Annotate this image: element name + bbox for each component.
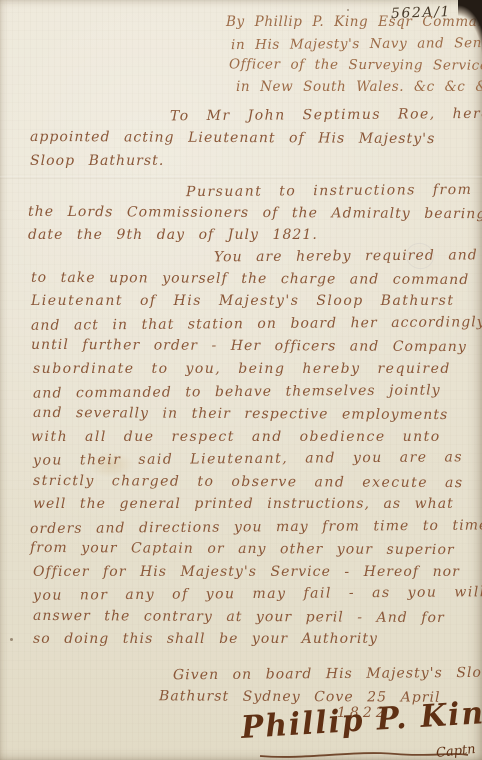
heading-line: in His Majesty's Navy and Senior [231, 35, 482, 53]
body-line: until further order - Her officers and C… [31, 337, 467, 355]
preamble-line: the Lords Commissioners of the Admiralty… [28, 204, 482, 222]
page-corner-shadow [458, 0, 482, 62]
body-line: You are hereby required and directed [214, 247, 482, 266]
body-line: Officer for His Majesty's Service - Here… [33, 564, 460, 580]
preamble-line: Pursuant to instructions from [186, 182, 473, 200]
paper-speck [10, 638, 13, 641]
dateline-line: Given on board His Majesty's Sloop [173, 665, 482, 684]
body-line: with all due respect and obedience unto [31, 429, 441, 445]
heading-line: Officer of the Surveying Service [229, 56, 482, 73]
body-line: answer the contrary at your peril - And … [33, 608, 445, 626]
body-line: orders and directions you may from time … [30, 517, 482, 537]
salutation-line: Sloop Bathurst. [30, 153, 164, 169]
fold-line [0, 176, 482, 179]
body-line: you nor any of you may fail - as you wil… [33, 584, 482, 604]
manuscript-page: 562A/1 By Phillip P. King Esqr Commander… [0, 0, 482, 760]
paper-speck [347, 9, 349, 11]
salutation-line: To Mr John Septimus Roe, hereby [170, 106, 482, 125]
salutation-line: appointed acting Lieutenant of His Majes… [30, 129, 435, 147]
body-line: strictly charged to observe and execute … [33, 473, 464, 491]
body-line: and severally in their respective employ… [33, 405, 448, 423]
heading-line: By Phillip P. King Esqr Commander [226, 14, 482, 30]
body-line: so doing this shall be your Authority [33, 631, 378, 647]
body-line: well the general printed instructions, a… [33, 496, 454, 512]
body-line: subordinate to you, being hereby require… [33, 361, 451, 377]
body-line: and commanded to behave themselves joint… [33, 382, 441, 401]
body-line: and act in that station on board her acc… [31, 314, 482, 334]
body-line: you their said Lieutenant, and you are a… [33, 449, 463, 468]
body-line: from your Captain or any other your supe… [30, 540, 455, 558]
preamble-line: date the 9th day of July 1821. [28, 227, 318, 243]
signature-rank: Captn [435, 742, 476, 760]
body-line: to take upon yourself the charge and com… [31, 270, 482, 288]
heading-line: in New South Wales. &c &c &c [236, 79, 482, 95]
body-line: Lieutenant of His Majesty's Sloop Bathur… [31, 293, 454, 309]
